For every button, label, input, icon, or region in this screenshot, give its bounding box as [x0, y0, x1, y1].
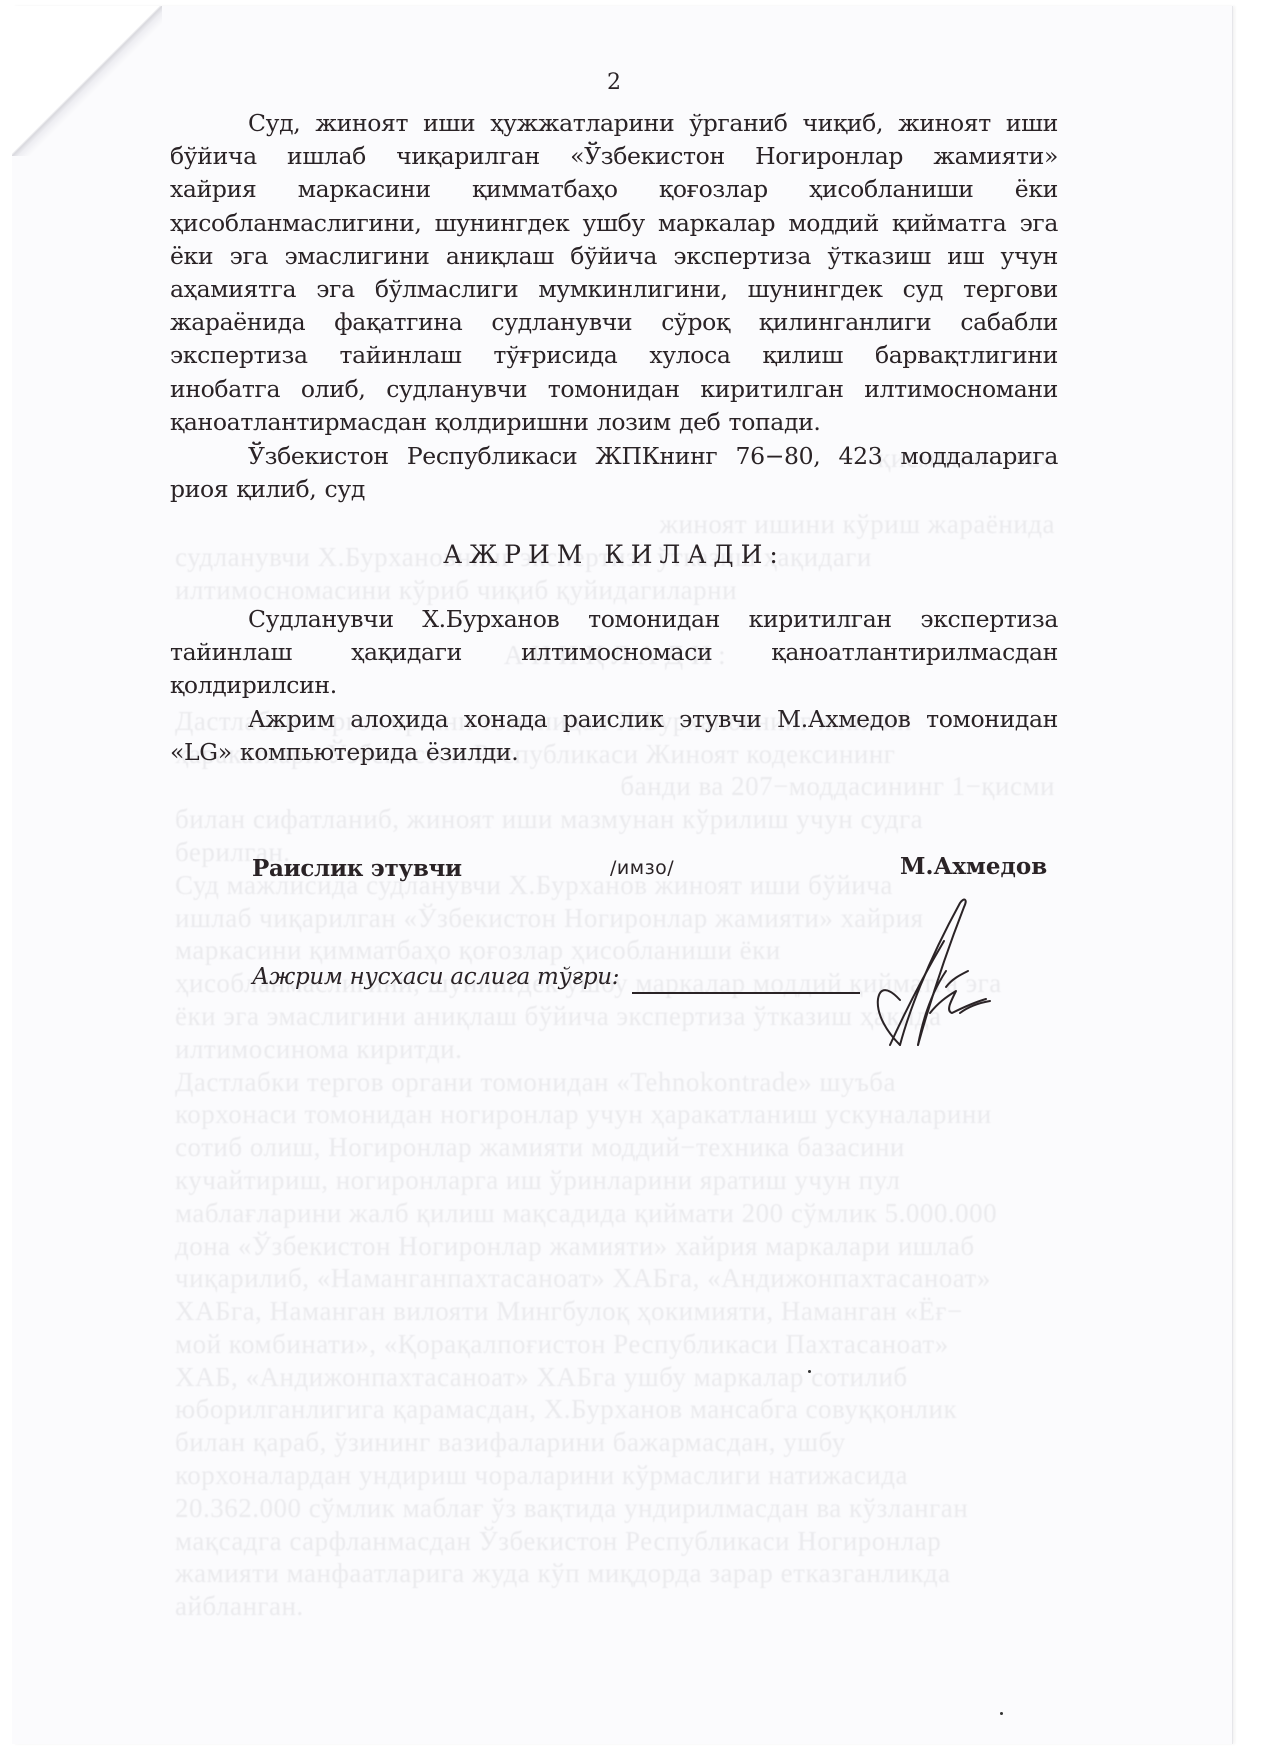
bleed-line: сотиб олиш, Ногиронлар жамияти моддий−те… [175, 1131, 1055, 1164]
text-line: хайрия маркасини қимматбаҳо қоғозлар ҳис… [170, 173, 1058, 206]
text-line: Ўзбекистон Республикаси ЖПКнинг 76−80, 4… [170, 440, 1058, 473]
scan-speck [1000, 1712, 1003, 1715]
text-line: Суд, жиноят иши ҳужжатларини ўрганиб чиқ… [170, 107, 1058, 140]
presiding-judge-name: М.Ахмедов [900, 853, 1047, 880]
bleed-line: маблағларини жалб қилиш мақсадида қиймат… [175, 1197, 1055, 1230]
bleed-line: кучайтириш, ногиронларга иш ўринларини я… [175, 1164, 1055, 1197]
signature-placeholder: /имзо/ [610, 857, 674, 879]
text-line: риоя қилиб, суд [170, 473, 1058, 506]
folded-corner [12, 6, 162, 156]
bleed-line: чиқарилиб, «Наманганпахтасаноат» ХАБга, … [175, 1262, 1055, 1295]
text-line: инобатга олиб, судланувчи томонидан кири… [170, 373, 1058, 406]
text-line: экспертиза тайинлаш тўғрисида хулоса қил… [170, 339, 1058, 372]
bleed-line: ХАБ, «Андижонпахтасаноат» ХАБга ушбу мар… [175, 1361, 1055, 1394]
scanned-page: қисмининг «а» жиноят ишини кўриш жараёни… [0, 0, 1275, 1750]
text-line: «LG» компьютерида ёзилди. [170, 736, 1058, 769]
signature-block: Раислик этувчи /имзо/ М.Ахмедов [170, 855, 1058, 889]
signature-line [632, 992, 860, 994]
scan-speck [808, 1370, 811, 1373]
handwritten-signature-icon [860, 895, 1020, 1050]
text-line: ҳисобланмаслигини, шунингдек ушбу маркал… [170, 207, 1058, 240]
bleed-line: жиноят ишини кўриш жараёнида [175, 508, 1055, 541]
bleed-line: юборилганлигига қарамасдан, Х.Бурханов м… [175, 1393, 1055, 1426]
text-line: ёки эга эмаслигини аниқлаш бўйича экспер… [170, 240, 1058, 273]
bleed-line: мой комбинати», «Қорақалпоғистон Республ… [175, 1328, 1055, 1361]
paragraph-legal-basis: Ўзбекистон Республикаси ЖПКнинг 76−80, 4… [170, 440, 1058, 506]
presiding-role-label: Раислик этувчи [252, 855, 462, 882]
bleed-line: мақсадга сарфланмасдан Ўзбекистон Респуб… [175, 1525, 1055, 1558]
bleed-line: 20.362.000 сўмлик маблағ ўз вақтида унди… [175, 1492, 1055, 1525]
bleed-line: дона «Ўзбекистон Ногиронлар жамияти» хай… [175, 1230, 1055, 1263]
bleed-line: билан қараб, ўзининг вазифаларини бажарм… [175, 1426, 1055, 1459]
paragraph-court-reasoning: Суд, жиноят иши ҳужжатларини ўрганиб чиқ… [170, 107, 1058, 439]
text-line: Ажрим алоҳида хонада раислик этувчи М.Ах… [170, 703, 1058, 736]
text-line: Судланувчи Х.Бурханов томонидан киритилг… [170, 603, 1058, 636]
certification-label: Ажрим нусхаси аслига тўғри: [252, 964, 619, 990]
page-number: 2 [170, 70, 1058, 95]
ruling-heading: АЖРИМ КИЛАДИ: [170, 540, 1058, 569]
bleed-line: корхонаси томонидан ногиронлар учун ҳара… [175, 1098, 1055, 1131]
bleed-line: корхоналардан ундириш чораларини кўрмасл… [175, 1459, 1055, 1492]
bleed-line: илтимосномасини кўриб чиқиб қуйидагиларн… [175, 574, 1055, 607]
text-line: қолдирилсин. [170, 669, 1058, 702]
text-line: аҳамиятга эга бўлмаслиги мумкинлигини, ш… [170, 273, 1058, 306]
bleed-line: Дастлабки тергов органи томонидан «Tehno… [175, 1066, 1055, 1099]
text-line: қаноатлантирмасдан қолдиришни лозим деб … [170, 406, 1058, 439]
text-line: бўйича ишлаб чиқарилган «Ўзбекистон Ноги… [170, 140, 1058, 173]
bleed-line: ХАБга, Наманган вилояти Мингбулоқ ҳокими… [175, 1295, 1055, 1328]
bleed-line: билан сифатланиб, жиноят иши мазмунан кў… [175, 803, 1055, 836]
bleed-line: айбланган. [175, 1590, 1055, 1623]
paragraph-ruling: Судланувчи Х.Бурханов томонидан киритилг… [170, 603, 1058, 769]
text-line: тайинлаш ҳақидаги илтимосномаси қаноатла… [170, 636, 1058, 669]
text-line: жараёнида фақатгина судланувчи сўроқ қил… [170, 306, 1058, 339]
bleed-line: жамияти манфаатларига жуда кўп миқдорда … [175, 1557, 1055, 1590]
bleed-line: банди ва 207−моддасининг 1−қисми [175, 770, 1055, 803]
